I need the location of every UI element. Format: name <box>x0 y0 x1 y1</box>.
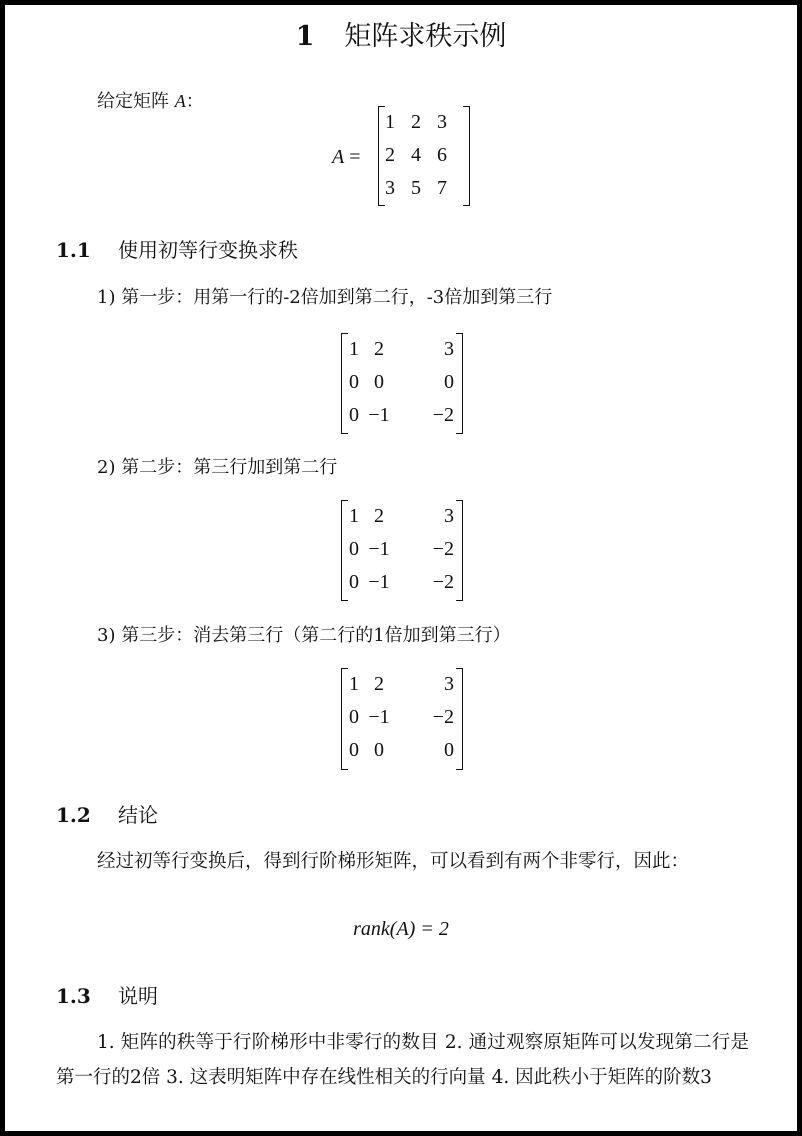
section-title: 结论 <box>118 803 158 827</box>
matrix-cell: 3 <box>399 505 454 528</box>
matrix-cell: −1 <box>359 571 399 594</box>
matrix-a-label: A = <box>332 146 361 169</box>
step-3-label: 3) 第三步：消去第三行（第二行的1倍加到第三行） <box>97 624 511 648</box>
section-title: 说明 <box>118 984 158 1008</box>
matrix-cell: 0 <box>342 571 359 594</box>
matrix-cell: −1 <box>359 706 399 729</box>
matrix-cell: 0 <box>399 739 454 762</box>
matrix-cell: 0 <box>342 706 359 729</box>
section-heading-1-1: 1.1使用初等行变换求秩 <box>56 236 298 264</box>
step-2-label: 2) 第二步：第三行加到第二行 <box>97 456 337 480</box>
matrix-row: 3 5 7 <box>379 172 469 205</box>
matrix-row: 0 −1 −2 <box>342 566 462 599</box>
page-title: 1矩阵求秩示例 <box>5 19 797 55</box>
matrix-row: 0 −1 −2 <box>342 701 462 734</box>
section-number: 1.1 <box>56 236 118 264</box>
matrix-cell: 1 <box>379 111 395 134</box>
matrix-row: 0 −1 −2 <box>342 399 462 432</box>
matrix-cell: −2 <box>399 538 454 561</box>
matrix-cell: 1 <box>342 338 359 361</box>
matrix-cell: 2 <box>379 144 395 167</box>
matrix-cell: 3 <box>399 673 454 696</box>
matrix-cell: 1 <box>342 505 359 528</box>
section-heading-1-3: 1.3说明 <box>56 982 158 1010</box>
matrix-cell: 3 <box>379 177 395 200</box>
matrix-cell: 6 <box>421 144 447 167</box>
title-text: 矩阵求秩示例 <box>344 21 506 52</box>
section-number: 1.3 <box>56 982 118 1010</box>
matrix-cell: 2 <box>359 505 399 528</box>
matrix-cell: 3 <box>399 338 454 361</box>
document-page: 1矩阵求秩示例 给定矩阵 A： A = 1 2 3 2 4 6 3 5 7 1.… <box>5 5 797 1131</box>
matrix-row: 1 2 3 <box>379 106 469 139</box>
matrix-cell: 0 <box>342 739 359 762</box>
matrix-row: 1 2 3 <box>342 333 462 366</box>
matrix-cell: 0 <box>342 404 359 427</box>
matrix-row: 0 0 0 <box>342 734 462 767</box>
step-1-label: 1) 第一步：用第一行的-2倍加到第二行，-3倍加到第三行 <box>97 286 552 310</box>
matrix-cell: 7 <box>421 177 447 200</box>
matrix-row: 1 2 3 <box>342 668 462 701</box>
matrix-cell: −1 <box>359 404 399 427</box>
matrix-row: 0 −1 −2 <box>342 533 462 566</box>
matrix-cell: 2 <box>359 673 399 696</box>
matrix-cell: 1 <box>342 673 359 696</box>
notes-paragraph: 1. 矩阵的秩等于行阶梯形中非零行的数目 2. 通过观察原矩阵可以发现第二行是第… <box>56 1025 749 1095</box>
step-2-matrix: 1 2 3 0 −1 −2 0 −1 −2 <box>341 500 463 601</box>
matrix-row: 2 4 6 <box>379 139 469 172</box>
matrix-a: 1 2 3 2 4 6 3 5 7 <box>378 106 470 206</box>
matrix-cell: −2 <box>399 706 454 729</box>
step-1-matrix: 1 2 3 0 0 0 0 −1 −2 <box>341 333 463 434</box>
matrix-cell: 5 <box>395 177 421 200</box>
matrix-cell: −2 <box>399 404 454 427</box>
conclusion-paragraph: 经过初等行变换后，得到行阶梯形矩阵，可以看到有两个非零行，因此： <box>56 844 749 879</box>
matrix-cell: −2 <box>399 571 454 594</box>
intro-colon: ： <box>186 91 204 112</box>
matrix-cell: 0 <box>342 538 359 561</box>
intro-label: 给定矩阵 <box>97 91 175 112</box>
matrix-cell: 0 <box>359 371 399 394</box>
intro-text: 给定矩阵 A： <box>97 89 204 114</box>
section-heading-1-2: 1.2结论 <box>56 801 158 829</box>
matrix-cell: 0 <box>399 371 454 394</box>
matrix-cell: 3 <box>421 111 447 134</box>
section-title: 使用初等行变换求秩 <box>118 238 298 262</box>
matrix-cell: 0 <box>342 371 359 394</box>
matrix-row: 0 0 0 <box>342 366 462 399</box>
rank-equation: rank(A) = 2 <box>5 918 797 941</box>
matrix-row: 1 2 3 <box>342 500 462 533</box>
title-number: 1 <box>296 21 315 52</box>
matrix-cell: 2 <box>395 111 421 134</box>
step-3-matrix: 1 2 3 0 −1 −2 0 0 0 <box>341 668 463 770</box>
matrix-cell: 0 <box>359 739 399 762</box>
section-number: 1.2 <box>56 801 118 829</box>
matrix-cell: 4 <box>395 144 421 167</box>
intro-variable: A <box>175 91 186 111</box>
matrix-cell: 2 <box>359 338 399 361</box>
matrix-cell: −1 <box>359 538 399 561</box>
